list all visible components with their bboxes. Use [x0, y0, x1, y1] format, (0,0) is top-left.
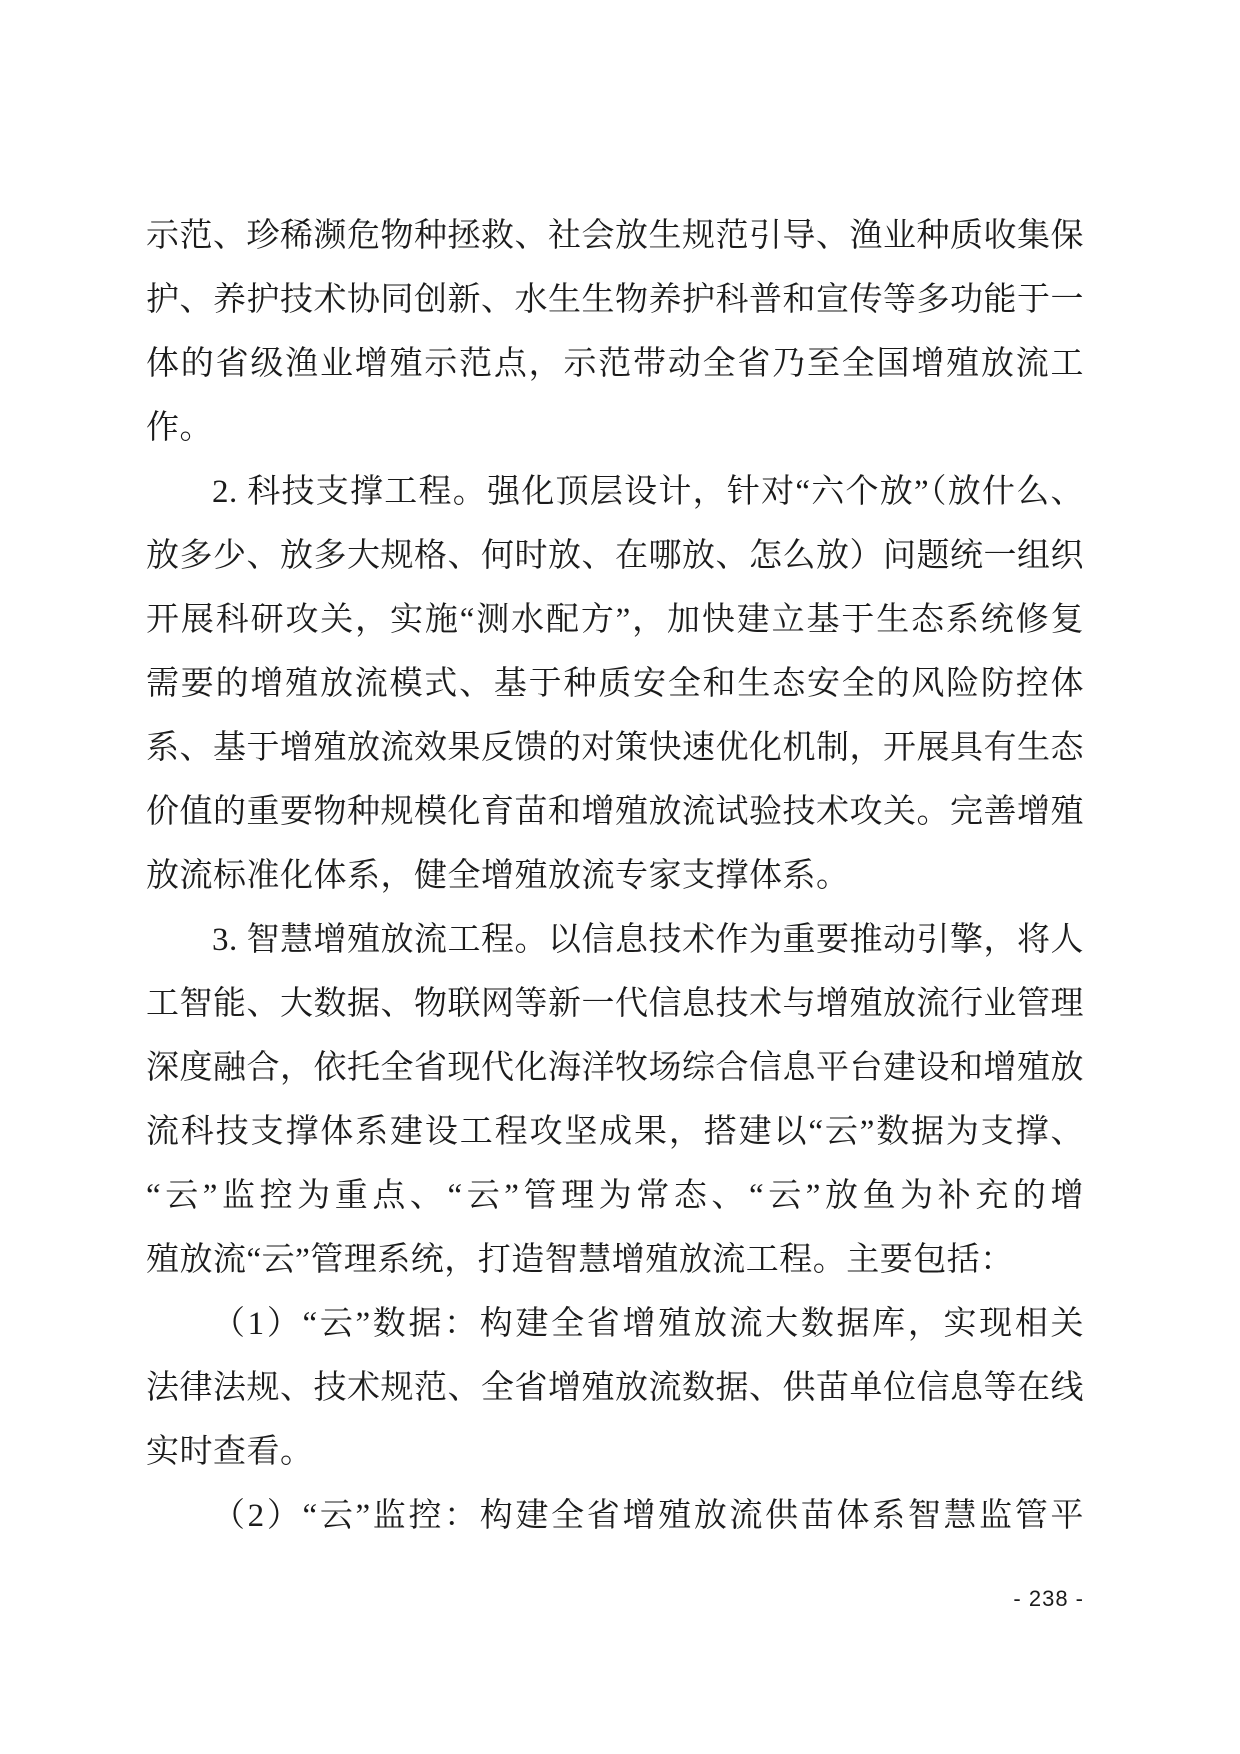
text-line-p2-science-support-project: 开展科研攻关，实施“测水配方”，加快建立基于生态系统修复 — [146, 588, 1084, 652]
text-line-p3-smart-stock-enhancement-project: 工智能、大数据、物联网等新一代信息技术与增殖放流行业管理 — [146, 972, 1084, 1036]
text-line-p3-smart-stock-enhancement-project: 深度融合，依托全省现代化海洋牧场综合信息平台建设和增殖放 — [146, 1036, 1084, 1100]
text-line-p2-science-support-project: 放多少、放多大规格、何时放、在哪放、怎么放）问题统一组织 — [146, 524, 1084, 588]
text-line-p1-demonstration-sites: 体的省级渔业增殖示范点，示范带动全省乃至全国增殖放流工 — [146, 332, 1084, 396]
text-line-p4-cloud-data: （1）“云”数据：构建全省增殖放流大数据库，实现相关 — [146, 1292, 1084, 1356]
text-line-p3-smart-stock-enhancement-project: 流科技支撑体系建设工程攻坚成果，搭建以“云”数据为支撑、 — [146, 1100, 1084, 1164]
text-line-p4-cloud-data: 实时查看。 — [146, 1420, 1084, 1484]
text-line-p2-science-support-project: 系、基于增殖放流效果反馈的对策快速优化机制，开展具有生态 — [146, 716, 1084, 780]
document-page: 示范、珍稀濒危物种拯救、社会放生规范引导、渔业种质收集保护、养护技术协同创新、水… — [0, 0, 1240, 1754]
text-line-p3-smart-stock-enhancement-project: 殖放流“云”管理系统，打造智慧增殖放流工程。主要包括： — [146, 1228, 1084, 1292]
text-line-p1-demonstration-sites: 示范、珍稀濒危物种拯救、社会放生规范引导、渔业种质收集保 — [146, 204, 1084, 268]
text-line-p1-demonstration-sites: 护、养护技术协同创新、水生生物养护科普和宣传等多功能于一 — [146, 268, 1084, 332]
page-number: - 238 - — [884, 1586, 1084, 1612]
text-line-p1-demonstration-sites: 作。 — [146, 396, 1084, 460]
text-block: 示范、珍稀濒危物种拯救、社会放生规范引导、渔业种质收集保护、养护技术协同创新、水… — [146, 204, 1084, 1548]
text-line-p2-science-support-project: 放流标准化体系，健全增殖放流专家支撑体系。 — [146, 844, 1084, 908]
text-line-p5-cloud-monitoring: （2）“云”监控：构建全省增殖放流供苗体系智慧监管平 — [146, 1484, 1084, 1548]
text-line-p4-cloud-data: 法律法规、技术规范、全省增殖放流数据、供苗单位信息等在线 — [146, 1356, 1084, 1420]
text-line-p2-science-support-project: 2. 科技支撑工程。强化顶层设计，针对“六个放”（放什么、 — [146, 460, 1084, 524]
text-line-p3-smart-stock-enhancement-project: 3. 智慧增殖放流工程。以信息技术作为重要推动引擎，将人 — [146, 908, 1084, 972]
text-line-p2-science-support-project: 需要的增殖放流模式、基于种质安全和生态安全的风险防控体 — [146, 652, 1084, 716]
text-line-p3-smart-stock-enhancement-project: “云”监控为重点、“云”管理为常态、“云”放鱼为补充的增 — [146, 1164, 1084, 1228]
text-line-p2-science-support-project: 价值的重要物种规模化育苗和增殖放流试验技术攻关。完善增殖 — [146, 780, 1084, 844]
